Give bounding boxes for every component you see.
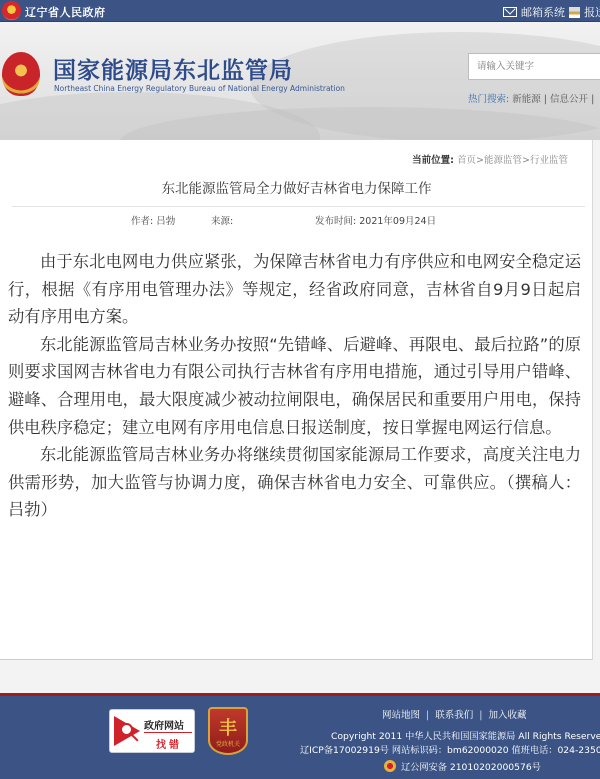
article-paragraph: 东北能源监管局吉林业务办按照“先错峰、后避峰、再限电、最后拉路”的原则要求国网吉… xyxy=(8,331,581,441)
police-record[interactable]: 辽公网安备 21010202000576号 xyxy=(384,759,541,773)
source-label: 来源: xyxy=(211,216,233,227)
site-title-english: Northeast China Energy Regulatory Bureau… xyxy=(54,84,345,93)
breadcrumb-home[interactable]: 首页 xyxy=(457,155,476,166)
badge-gov-line1: 政府网站 xyxy=(144,717,184,732)
mail-icon xyxy=(503,7,517,17)
hot-search-separator: | xyxy=(544,94,547,105)
date-value: 2021年09月24日 xyxy=(359,216,436,227)
footer-link-bookmark[interactable]: 加入收藏 xyxy=(488,710,526,721)
breadcrumb: 当前位置: 首页>能源监管>行业监管 xyxy=(412,152,568,166)
footer-link-separator: | xyxy=(479,710,482,721)
site-title[interactable]: 国家能源局东北监管局 xyxy=(53,52,293,85)
article-card: 当前位置: 首页>能源监管>行业监管 东北能源监管局全力做好吉林省电力保障工作 … xyxy=(0,140,593,660)
footer-link-separator: | xyxy=(426,710,429,721)
police-badge-icon xyxy=(384,760,396,772)
magnifier-icon xyxy=(120,723,133,736)
site-footer: 政府网站 找错 丰 党政机关 网站地图|联系我们|加入收藏 Copyright … xyxy=(0,696,600,779)
hot-search: 热门搜索: 新能源 | 信息公开 | xyxy=(468,91,594,105)
icp-info: 辽ICP备17002919号 网站标识码：bm62000020 值班电话：024… xyxy=(300,742,600,756)
breadcrumb-separator: > xyxy=(522,155,530,166)
copyright-text: Copyright 2011 中华人民共和国国家能源局 All Rights R… xyxy=(331,728,600,742)
national-emblem-logo xyxy=(2,52,40,96)
search-box[interactable] xyxy=(468,53,600,80)
footer-link-sitemap[interactable]: 网站地图 xyxy=(382,710,420,721)
hot-search-separator: | xyxy=(591,94,594,105)
party-gov-organ-badge[interactable]: 丰 党政机关 xyxy=(208,707,248,755)
site-header: 国家能源局东北监管局 Northeast China Energy Regula… xyxy=(0,22,600,140)
mail-system-label: 邮箱系统 xyxy=(521,4,565,20)
article-paragraph: 由于东北电网电力供应紧张，为保障吉林省电力有序供应和电网安全稳定运行，根据《有序… xyxy=(8,248,581,331)
breadcrumb-industry-regulation[interactable]: 行业监管 xyxy=(530,155,568,166)
article-title: 东北能源监管局全力做好吉林省电力保障工作 xyxy=(0,177,593,197)
gov-site-error-report-badge[interactable]: 政府网站 找错 xyxy=(109,709,195,753)
breadcrumb-separator: > xyxy=(476,155,484,166)
printer-icon xyxy=(569,7,580,18)
author-label: 作者: xyxy=(131,216,153,227)
breadcrumb-energy-regulation[interactable]: 能源监管 xyxy=(484,155,522,166)
badge-divider xyxy=(144,732,192,733)
footer-links: 网站地图|联系我们|加入收藏 xyxy=(382,707,526,721)
party-gov-symbol-icon: 丰 xyxy=(210,714,246,740)
article-paragraph: 东北能源监管局吉林业务办将继续贯彻国家能源局工作要求，高度关注电力供需形势，加大… xyxy=(8,441,581,524)
report-label: 报送 xyxy=(584,4,600,20)
hot-search-item-new-energy[interactable]: 新能源 xyxy=(512,94,541,105)
hot-search-item-info-public[interactable]: 信息公开 xyxy=(550,94,588,105)
province-site-link[interactable]: 辽宁省人民政府 xyxy=(25,4,106,20)
source-field: 来源: xyxy=(211,213,233,227)
article-body: 由于东北电网电力供应紧张，为保障吉林省电力有序供应和电网安全稳定运行，根据《有序… xyxy=(8,248,581,524)
report-link[interactable]: 报送 xyxy=(569,4,600,20)
title-divider xyxy=(12,206,585,207)
breadcrumb-label: 当前位置: xyxy=(412,155,454,166)
top-bar: 辽宁省人民政府 邮箱系统 报送 xyxy=(0,0,600,22)
national-emblem-icon xyxy=(2,1,21,20)
police-record-text: 辽公网安备 21010202000576号 xyxy=(401,759,541,773)
mail-system-link[interactable]: 邮箱系统 xyxy=(503,4,565,20)
date-label: 发布时间: xyxy=(315,216,356,227)
author-field: 作者: 吕勃 xyxy=(131,213,175,227)
date-field: 发布时间: 2021年09月24日 xyxy=(315,213,436,227)
party-gov-badge-text: 党政机关 xyxy=(210,739,246,748)
search-input[interactable] xyxy=(469,54,600,79)
author-value: 吕勃 xyxy=(156,216,175,227)
badge-gov-line2: 找错 xyxy=(156,736,182,751)
footer-link-contact[interactable]: 联系我们 xyxy=(435,710,473,721)
hot-search-label: 热门搜索: xyxy=(468,94,509,105)
